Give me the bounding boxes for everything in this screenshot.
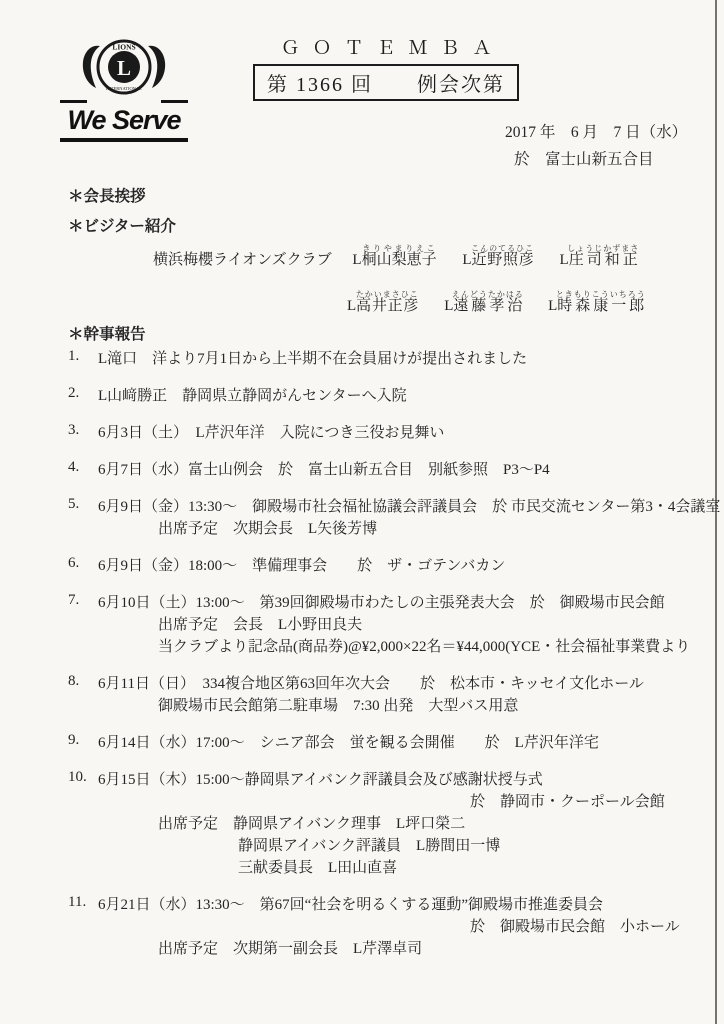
item-number: 2. xyxy=(68,385,96,402)
item-number: 6. xyxy=(68,555,96,572)
lion-prefix: L xyxy=(352,252,361,268)
visitor-name: L庄司和正しょうじかずまさ xyxy=(560,252,640,268)
item-subline: 出席予定 次期第一副会長 L芹澤卓司 xyxy=(158,938,674,960)
visitor-name-furigana: きりやまりえこ xyxy=(362,244,437,253)
visitor-name: L高井正彦たかいまさひこ xyxy=(347,298,418,314)
report-item-5: 5. 6月9日（金）13:30～ 御殿場市社会福祉協議会評議員会 於 市民交流セ… xyxy=(68,496,674,540)
report-item-10: 10. 6月15日（木）15:00～静岡県アイバンク評議員会及び感謝状授与式 於… xyxy=(68,769,674,879)
item-subline: 出席予定 静岡県アイバンク理事 L坪口榮二 xyxy=(158,813,674,835)
item-line: 6月9日（金）13:30～ 御殿場市社会福祉協議会評議員会 於 市民交流センター… xyxy=(98,496,674,518)
visitor-name-kanji: 近野照彦 xyxy=(471,252,534,268)
visitor-name: L桐山梨恵子きりやまりえこ xyxy=(352,252,436,268)
document-page: L LIONS INTERNATIONAL We Serve ＧＯＴＥＭＢＡ 第… xyxy=(0,0,724,1024)
emblem-ring-bottom-text: INTERNATIONAL xyxy=(106,86,142,91)
item-number: 11. xyxy=(68,894,96,911)
lions-club-logo: L LIONS INTERNATIONAL We Serve xyxy=(60,34,188,142)
visitor-name-kanji: 遠藤孝治 xyxy=(452,298,524,314)
item-line: 6月15日（木）15:00～静岡県アイバンク評議員会及び感謝状授与式 xyxy=(98,769,674,791)
club-name-english: ＧＯＴＥＭＢＡ xyxy=(248,33,524,60)
report-item-8: 8. 6月11日（日） 334複合地区第63回年次大会 於 松本市・キッセイ文化… xyxy=(68,673,674,717)
item-line: 6月11日（日） 334複合地区第63回年次大会 於 松本市・キッセイ文化ホール xyxy=(98,673,674,695)
visitor-name: L近野照彦こんのてるひこ xyxy=(462,252,533,268)
report-item-2: 2. L山﨑勝正 静岡県立静岡がんセンターへ入院 xyxy=(68,385,674,407)
lion-prefix: L xyxy=(347,298,356,314)
visitor-name-kanji: 庄司和正 xyxy=(567,252,639,268)
item-subline: 静岡県アイバンク評議員 L勝間田一博 xyxy=(238,835,674,857)
lions-emblem-icon: L LIONS INTERNATIONAL xyxy=(81,34,167,104)
report-item-4: 4. 6月7日（水）富士山例会 於 富士山新五合目 別紙参照 P3～P4 xyxy=(68,459,674,481)
visitor-name-furigana: たかいまさひこ xyxy=(356,290,419,299)
section-visitor-intro: ＊ビジター紹介 xyxy=(68,216,674,238)
item-line: 6月21日（水）13:30～ 第67回“社会を明るくする運動”御殿場市推進委員会 xyxy=(98,894,674,916)
report-item-3: 3. 6月3日（土） L芹沢年洋 入院につき三役お見舞い xyxy=(68,422,674,444)
item-subline: 当クラブより記念品(商品券)@¥2,000×22名＝¥44,000(YCE・社会… xyxy=(158,636,674,658)
item-line: L滝口 洋より7月1日から上半期不在会員届けが提出されました xyxy=(98,348,674,370)
item-line: 6月9日（金）18:00～ 準備理事会 於 ザ・ゴテンバカン xyxy=(98,555,674,577)
item-subline-venue: 於 御殿場市民会館 小ホール xyxy=(470,916,674,938)
meeting-venue: 於 富士山新五合目 xyxy=(514,146,687,173)
emblem-center-letter: L xyxy=(117,56,131,80)
motto-flank-line-left xyxy=(60,100,87,103)
item-number: 5. xyxy=(68,496,96,513)
item-number: 3. xyxy=(68,422,96,439)
item-line: 6月7日（水）富士山例会 於 富士山新五合目 別紙参照 P3～P4 xyxy=(98,459,674,481)
item-number: 9. xyxy=(68,732,96,749)
item-subline: 出席予定 会長 L小野田良夫 xyxy=(158,614,674,636)
report-item-7: 7. 6月10日（土）13:00～ 第39回御殿場市わたしの主張発表大会 於 御… xyxy=(68,592,674,658)
item-line: 6月3日（土） L芹沢年洋 入院につき三役お見舞い xyxy=(98,422,674,444)
item-line: 6月10日（土）13:00～ 第39回御殿場市わたしの主張発表大会 於 御殿場市… xyxy=(98,592,674,614)
visitor-name-furigana: えんどうたかはる xyxy=(452,290,524,299)
item-subline: 出席予定 次期会長 L矢後芳博 xyxy=(158,518,674,540)
visitor-name-kanji: 高井正彦 xyxy=(356,298,419,314)
document-header: ＧＯＴＥＭＢＡ 第 1366 回 例会次第 xyxy=(248,33,524,101)
item-line: 6月14日（水）17:00～ シニア部会 蛍を観る会開催 於 L芹沢年洋宅 xyxy=(98,732,674,754)
visitor-name-furigana: しょうじかずまさ xyxy=(567,244,639,253)
visitor-row-2: L高井正彦たかいまさひこ L遠藤孝治えんどうたかはる L時森康一郎ときもりこうい… xyxy=(347,290,674,320)
item-subline: 三献委員長 L田山直喜 xyxy=(238,857,674,879)
section-president-greeting: ＊会長挨拶 xyxy=(68,186,674,208)
visitor-row-1: 横浜梅櫻ライオンズクラブ L桐山梨恵子きりやまりえこ L近野照彦こんのてるひこ … xyxy=(153,244,674,274)
visitor-name-kanji: 時森康一郎 xyxy=(556,298,646,314)
item-subline: 御殿場市民会館第二駐車場 7:30 出発 大型バス用意 xyxy=(158,695,674,717)
item-number: 10. xyxy=(68,769,96,786)
report-item-11: 11. 6月21日（水）13:30～ 第67回“社会を明るくする運動”御殿場市推… xyxy=(68,894,674,960)
item-number: 7. xyxy=(68,592,96,609)
visitor-name-furigana: ときもりこういちろう xyxy=(556,290,646,299)
date-block: 2017 年 6 月 7 日（水） 於 富士山新五合目 xyxy=(505,119,687,173)
visitor-name: L遠藤孝治えんどうたかはる xyxy=(444,298,522,314)
section-secretary-report: ＊幹事報告 xyxy=(68,324,674,346)
motto-we-serve: We Serve xyxy=(60,105,188,142)
visitor-name: L時森康一郎ときもりこういちろう xyxy=(548,298,646,314)
meeting-number-box: 第 1366 回 例会次第 xyxy=(253,64,519,101)
report-item-9: 9. 6月14日（水）17:00～ シニア部会 蛍を観る会開催 於 L芹沢年洋宅 xyxy=(68,732,674,754)
visitor-club-name: 横浜梅櫻ライオンズクラブ xyxy=(153,252,332,268)
item-number: 1. xyxy=(68,348,96,365)
visitor-name-kanji: 桐山梨恵子 xyxy=(362,252,437,268)
item-line: L山﨑勝正 静岡県立静岡がんセンターへ入院 xyxy=(98,385,674,407)
emblem-ring-top-text: LIONS xyxy=(112,43,135,52)
item-number: 4. xyxy=(68,459,96,476)
motto-flank-line-right xyxy=(161,100,188,103)
meeting-date: 2017 年 6 月 7 日（水） xyxy=(505,119,687,146)
visitor-name-furigana: こんのてるひこ xyxy=(471,244,534,253)
agenda-body: ＊会長挨拶 ＊ビジター紹介 横浜梅櫻ライオンズクラブ L桐山梨恵子きりやまりえこ… xyxy=(68,186,674,975)
report-item-6: 6. 6月9日（金）18:00～ 準備理事会 於 ザ・ゴテンバカン xyxy=(68,555,674,577)
item-number: 8. xyxy=(68,673,96,690)
item-subline-venue: 於 静岡市・クーポール会館 xyxy=(470,791,674,813)
report-item-1: 1. L滝口 洋より7月1日から上半期不在会員届けが提出されました xyxy=(68,348,674,370)
